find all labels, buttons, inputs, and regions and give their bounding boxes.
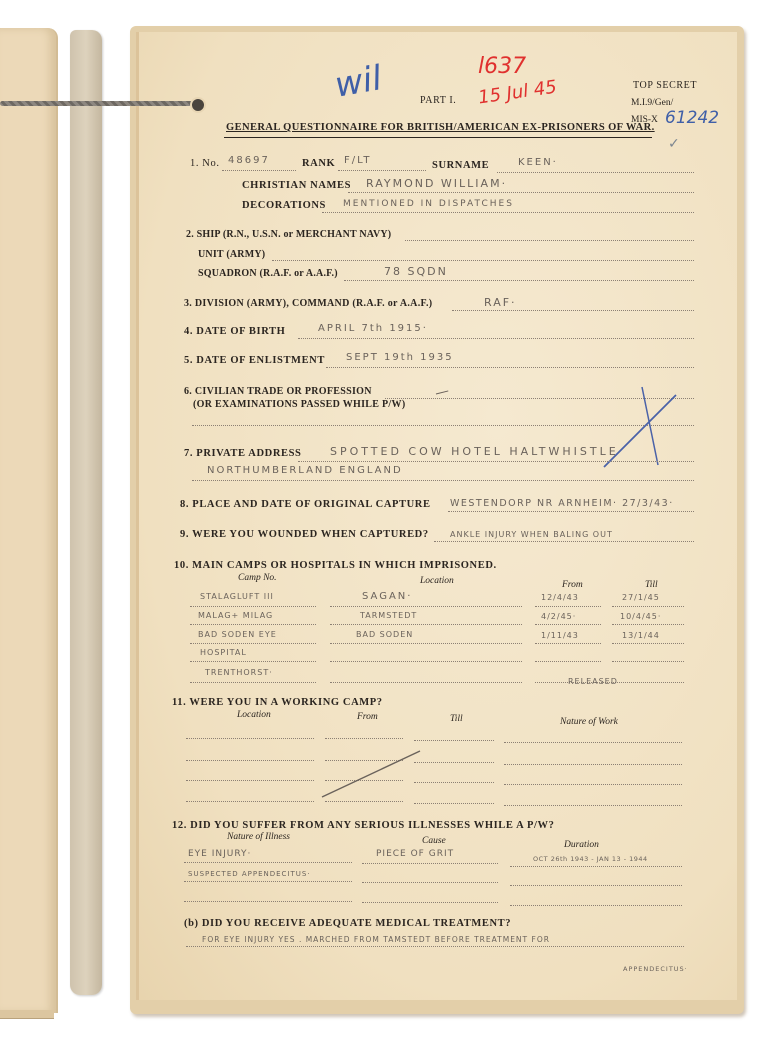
illness-col-duration: Duration [564, 840, 599, 850]
camp-row-4-till: RELEASED [568, 677, 618, 686]
reference-line1: M.I.9/Gen/ [631, 98, 673, 108]
strike-through-mark-icon [318, 748, 424, 800]
part-label: PART I. [420, 95, 456, 106]
camps-label: 10. MAIN CAMPS OR HOSPITALS IN WHICH IMP… [174, 560, 497, 571]
wounded-line [434, 541, 694, 542]
working-col-from: From [357, 712, 378, 722]
address-value-line2: NORTHUMBERLAND ENGLAND [207, 465, 403, 476]
enlistment-line [326, 367, 694, 368]
q3-line [452, 310, 694, 311]
dob-line [298, 338, 694, 339]
wounded-label: 9. WERE YOU WOUNDED WHEN CAPTURED? [180, 529, 429, 540]
camps-col-camp: Camp No. [238, 573, 277, 583]
camp-row-1-camp: MALAG+ MILAG [198, 611, 273, 620]
blue-initials: wil [332, 58, 385, 106]
illness-row-0-cause: PIECE OF GRIT [376, 849, 454, 859]
camp-row-2-camp: BAD SODEN EYE [198, 630, 277, 639]
working-col-location: Location [237, 710, 271, 720]
camp-row-0-from: 12/4/43 [541, 593, 579, 602]
squadron-label: SQUADRON (R.A.F. or A.A.F.) [198, 268, 338, 279]
decorations-label: DECORATIONS [242, 200, 326, 211]
camp-row-1-till: 10/4/45· [620, 612, 661, 621]
camp-row-1-from: 4/2/45· [541, 612, 576, 621]
decorations-line [322, 212, 694, 213]
illness-row-0-duration: OCT 26th 1943 - JAN 13 - 1944 [533, 855, 648, 863]
binding-string [0, 101, 198, 106]
illness-label: 12. DID YOU SUFFER FROM ANY SERIOUS ILLN… [172, 820, 554, 831]
q1-no-line [222, 170, 296, 171]
ship-label: 2. SHIP (R.N., U.S.N. or MERCHANT NAVY) [186, 229, 391, 240]
ship-line [405, 240, 694, 241]
capture-line [448, 511, 694, 512]
camp-row-0-till: 27/1/45 [622, 593, 660, 602]
address-line2 [192, 480, 694, 481]
illness-row-0-nature: EYE INJURY· [188, 849, 251, 859]
camp-row-1-location: TARMSTEDT [360, 611, 417, 620]
title-underline [224, 137, 652, 138]
check-mark: ✓ [668, 136, 680, 152]
capture-value: WESTENDORP NR ARNHEIM· 27/3/43· [450, 498, 674, 509]
working-col-nature: Nature of Work [560, 717, 618, 727]
christian-names-value: RAYMOND WILLIAM· [366, 177, 507, 190]
medical-treatment-label: (b) DID YOU RECEIVE ADEQUATE MEDICAL TRE… [184, 918, 511, 929]
squadron-value: 78 SQDN [384, 265, 448, 278]
unit-line [272, 260, 694, 261]
classification-label: TOP SECRET [633, 80, 697, 91]
q1-rank-line [338, 170, 426, 171]
enlistment-label: 5. DATE OF ENLISTMENT [184, 355, 325, 366]
medical-treatment-line [186, 946, 684, 947]
q6-label-line1: 6. CIVILIAN TRADE OR PROFESSION [184, 386, 372, 397]
form-title: GENERAL QUESTIONNAIRE FOR BRITISH/AMERIC… [226, 122, 655, 133]
dob-value: APRIL 7th 1915· [318, 323, 428, 334]
q3-label: 3. DIVISION (ARMY), COMMAND (R.A.F. or A… [184, 298, 432, 309]
q1-no-label: 1. No. [190, 158, 220, 169]
illness-col-cause: Cause [422, 836, 446, 846]
punch-hole [190, 97, 206, 113]
illness-row-1-nature: SUSPECTED APPENDECITUS· [188, 870, 311, 878]
illness-col-nature: Nature of Illness [227, 832, 290, 842]
address-line1 [298, 461, 694, 462]
squadron-line [344, 280, 694, 281]
christian-names-label: CHRISTIAN NAMES [242, 180, 351, 191]
dob-label: 4. DATE OF BIRTH [184, 326, 285, 337]
camp-row-2-location: BAD SODEN [356, 630, 413, 639]
camp-row-2-from: 1/11/43 [541, 631, 579, 640]
medical-treatment-value-line2: APPENDECITUS· [623, 965, 688, 973]
command-value: RAF· [484, 296, 517, 309]
red-annotation-top: l637 [478, 54, 526, 79]
address-value-line1: SPOTTED COW HOTEL HALTWHISTLE [330, 445, 619, 458]
q1-surname-label: SURNAME [432, 160, 489, 171]
address-label: 7. PRIVATE ADDRESS [184, 448, 301, 459]
adjacent-page-left [0, 28, 58, 1013]
camps-col-from: From [562, 580, 583, 590]
working-col-till: Till [450, 714, 463, 724]
christian-names-line [348, 192, 694, 193]
camps-col-location: Location [420, 576, 454, 586]
capture-label: 8. PLACE AND DATE OF ORIGINAL CAPTURE [180, 499, 431, 510]
camp-row-0-location: SAGAN· [362, 591, 412, 602]
camp-row-3-camp: HOSPITAL [200, 648, 247, 657]
reference-number: 61242 [665, 108, 719, 128]
camps-col-till: Till [645, 580, 658, 590]
q6-label-line2: (OR EXAMINATIONS PASSED WHILE P/W) [193, 399, 405, 410]
wounded-value: ANKLE INJURY WHEN BALING OUT [450, 530, 613, 539]
enlistment-value: SEPT 19th 1935 [346, 352, 454, 363]
surname-value: KEEN· [518, 157, 558, 168]
q1-surname-line [497, 172, 694, 173]
medical-treatment-value-line1: FOR EYE INJURY YES . MARCHED FROM TAMSTE… [202, 935, 550, 944]
camp-row-2-till: 13/1/44 [622, 631, 660, 640]
working-camp-label: 11. WERE YOU IN A WORKING CAMP? [172, 697, 383, 708]
binder-spine [70, 30, 102, 995]
q1-rank-label: RANK [302, 158, 335, 169]
rank-value: F/LT [344, 155, 371, 166]
camp-row-4-camp: TRENTHORST· [205, 668, 273, 677]
decorations-value: MENTIONED IN DISPATCHES [343, 199, 514, 209]
camp-row-0-camp: STALAGLUFT III [200, 592, 274, 601]
service-number-value: 48697 [228, 155, 270, 166]
unit-label: UNIT (ARMY) [198, 249, 265, 260]
